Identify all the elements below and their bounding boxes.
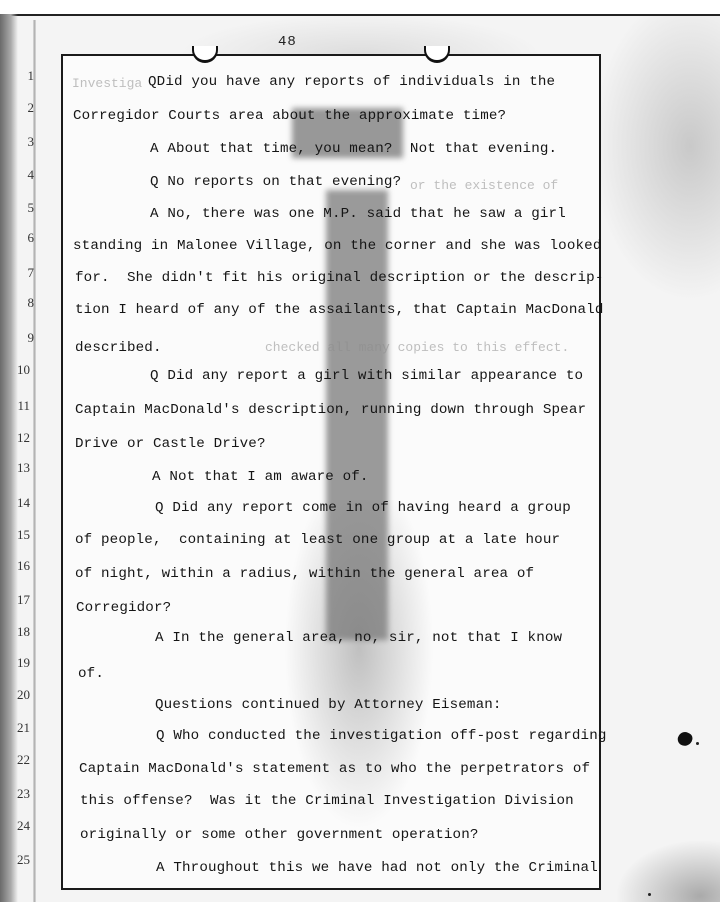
line-number: 10 — [0, 362, 30, 378]
margin-rule — [33, 20, 36, 902]
line-number: 13 — [0, 460, 30, 476]
transcript-line: Q Did any report a girl with similar app… — [150, 368, 583, 384]
transcript-line: for. She didn't fit his original descrip… — [75, 270, 604, 286]
transcript-line: this offense? Was it the Criminal Invest… — [80, 793, 574, 809]
line-number: 25 — [0, 852, 30, 868]
line-number: 22 — [0, 752, 30, 768]
line-number: 6 — [4, 230, 34, 246]
transcript-line: described. — [75, 340, 162, 356]
line-number: 19 — [0, 655, 30, 671]
stain-shadow — [284, 500, 434, 830]
transcript-line: A Not that I am aware of. — [152, 469, 369, 485]
line-number: 23 — [0, 786, 30, 802]
transcript-line: Q No reports on that evening? — [150, 174, 401, 190]
transcript-line: Q Who conducted the investigation off-po… — [156, 728, 607, 744]
line-number: 20 — [0, 687, 30, 703]
bleed-through-text: or the existence of — [410, 178, 558, 193]
transcript-line: of night, within a radius, within the ge… — [75, 566, 534, 582]
line-number: 15 — [0, 527, 30, 543]
speck — [696, 742, 699, 745]
line-number: 9 — [4, 330, 34, 346]
transcript-line: of. — [78, 666, 104, 682]
transcript-line: Drive or Castle Drive? — [75, 436, 266, 452]
line-number: 1 — [4, 68, 34, 84]
transcript-line: Corregidor Courts area about the approxi… — [73, 108, 506, 124]
speck — [648, 893, 651, 896]
transcript-line: A No, there was one M.P. said that he sa… — [150, 206, 566, 222]
bleed-through-text: checked all many copies to this effect. — [265, 340, 569, 355]
line-number: 18 — [0, 624, 30, 640]
transcript-line: A About that time, you mean? Not that ev… — [150, 141, 557, 157]
line-number: 24 — [0, 818, 30, 834]
line-number: 17 — [0, 592, 30, 608]
transcript-line: Corregidor? — [76, 600, 171, 616]
transcript-line: Questions continued by Attorney Eiseman: — [155, 697, 502, 713]
transcript-line: A In the general area, no, sir, not that… — [155, 630, 562, 646]
line-number: 4 — [4, 167, 34, 183]
line-number: 16 — [0, 558, 30, 574]
transcript-line: tion I heard of any of the assailants, t… — [75, 302, 604, 318]
line-number: 14 — [0, 495, 30, 511]
transcript-line: Q Did any report come in of having heard… — [155, 500, 571, 516]
line-number: 8 — [4, 295, 34, 311]
transcript-line: A Throughout this we have had not only t… — [156, 860, 598, 876]
transcript-line: Captain MacDonald's statement as to who … — [79, 761, 590, 777]
line-number: 12 — [0, 430, 30, 446]
bleed-through-text: Investiga — [72, 76, 142, 91]
line-number: 7 — [4, 265, 34, 281]
transcript-line: QDid you have any reports of individuals… — [148, 74, 555, 90]
page-number: 48 — [278, 34, 297, 50]
line-number: 2 — [4, 100, 34, 116]
line-number: 3 — [4, 134, 34, 150]
transcript-line: standing in Malonee Village, on the corn… — [73, 238, 602, 254]
transcript-line: originally or some other government oper… — [80, 827, 479, 843]
line-number: 11 — [0, 398, 30, 414]
line-number: 21 — [0, 720, 30, 736]
transcript-line: Captain MacDonald's description, running… — [75, 402, 586, 418]
transcript-line: of people, containing at least one group… — [75, 532, 560, 548]
line-number: 5 — [4, 200, 34, 216]
